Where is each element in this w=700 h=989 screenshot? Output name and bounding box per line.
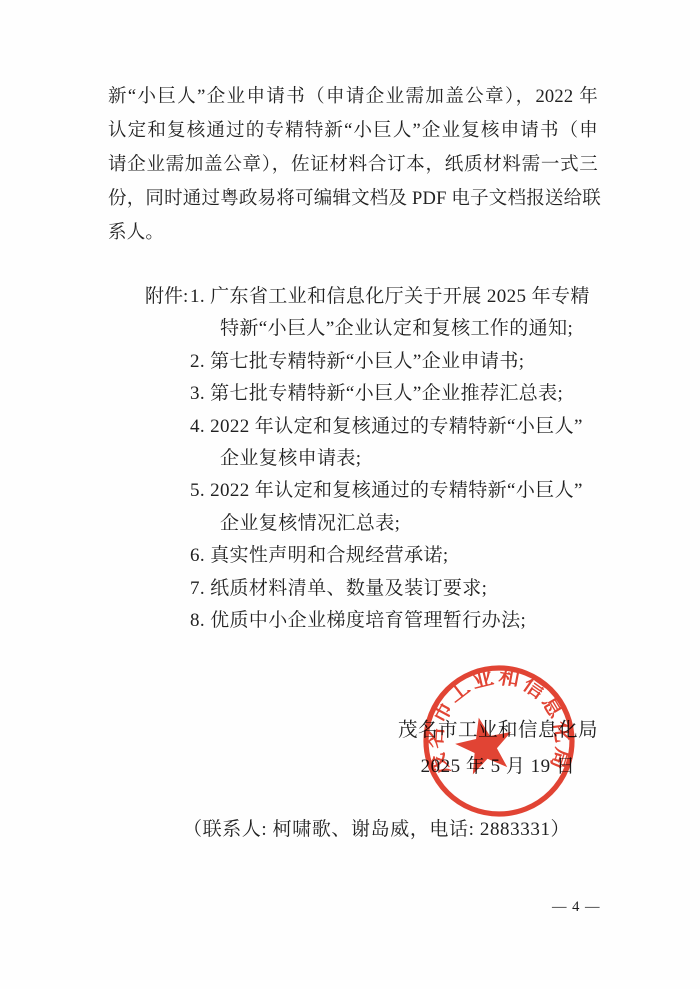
document-page: 新“小巨人”企业申请书（申请企业需加盖公章），2022 年 认定和复核通过的专精… [0, 0, 700, 989]
attachment-number: 1. [190, 286, 205, 307]
attachment-text: 广东省工业和信息化厅关于开展 2025 年专精 [210, 286, 590, 307]
attachment-text: 企业复核情况汇总表; [220, 513, 400, 534]
signature-block: 茂名市工业和信息化局 2025 年 5 月 19 日 [372, 712, 624, 785]
contact-line: （联系人: 柯啸歌、谢岛威，电话: 2883331） [183, 814, 570, 841]
attachment-row: 3.第七批专精特新“小巨人”企业推荐汇总表; [190, 378, 620, 410]
attachment-row: 附件:1.广东省工业和信息化厅关于开展 2025 年专精 [145, 281, 620, 313]
attachment-number: 4. [190, 416, 205, 437]
attachment-number: 3. [190, 383, 205, 404]
attachment-text: 2022 年认定和复核通过的专精特新“小巨人” [210, 416, 583, 437]
attachment-row: 7.纸质材料清单、数量及装订要求; [190, 573, 620, 605]
paragraph-line: 系人。 [108, 216, 598, 250]
issuing-agency: 茂名市工业和信息化局 [372, 712, 624, 749]
attachment-number: 2. [190, 351, 205, 372]
paragraph-line: 请企业需加盖公章），佐证材料合订本，纸质材料需一式三 [108, 148, 598, 182]
paragraph-line: 认定和复核通过的专精特新“小巨人”企业复核申请书（申 [108, 114, 598, 148]
attachment-text: 纸质材料清单、数量及装订要求; [210, 578, 487, 599]
attachment-row: 4.2022 年认定和复核通过的专精特新“小巨人” [190, 411, 620, 443]
issue-date: 2025 年 5 月 19 日 [372, 749, 624, 785]
attachment-number: 8. [190, 610, 205, 631]
paragraph-line: 新“小巨人”企业申请书（申请企业需加盖公章），2022 年 [108, 80, 598, 114]
attachment-row: 6.真实性声明和合规经营承诺; [190, 540, 620, 572]
attachment-text: 优质中小企业梯度培育管理暂行办法; [210, 610, 526, 631]
body-paragraph: 新“小巨人”企业申请书（申请企业需加盖公章），2022 年 认定和复核通过的专精… [108, 80, 598, 250]
attachment-text: 真实性声明和合规经营承诺; [210, 545, 448, 566]
attachment-text: 第七批专精特新“小巨人”企业申请书; [210, 351, 524, 372]
attachment-number: 6. [190, 545, 205, 566]
attachment-number: 7. [190, 578, 205, 599]
attachment-row: 5.2022 年认定和复核通过的专精特新“小巨人” [190, 475, 620, 507]
attachment-text: 2022 年认定和复核通过的专精特新“小巨人” [210, 480, 583, 501]
page-number: — 4 — [552, 899, 601, 916]
paragraph-line: 份，同时通过粤政易将可编辑文档及 PDF 电子文档报送给联 [108, 182, 598, 216]
attachment-row-continuation: 特新“小巨人”企业认定和复核工作的通知; [220, 313, 620, 345]
attachment-row-continuation: 企业复核申请表; [220, 443, 620, 475]
attachment-text: 企业复核申请表; [220, 448, 361, 469]
attachments-label: 附件: [145, 281, 190, 313]
attachment-text: 特新“小巨人”企业认定和复核工作的通知; [220, 318, 573, 339]
attachment-row-continuation: 企业复核情况汇总表; [220, 508, 620, 540]
attachment-row: 8.优质中小企业梯度培育管理暂行办法; [190, 605, 620, 637]
attachment-text: 第七批专精特新“小巨人”企业推荐汇总表; [210, 383, 563, 404]
attachments-list: 附件:1.广东省工业和信息化厅关于开展 2025 年专精 特新“小巨人”企业认定… [145, 281, 620, 637]
attachment-row: 2.第七批专精特新“小巨人”企业申请书; [190, 346, 620, 378]
attachment-number: 5. [190, 480, 205, 501]
